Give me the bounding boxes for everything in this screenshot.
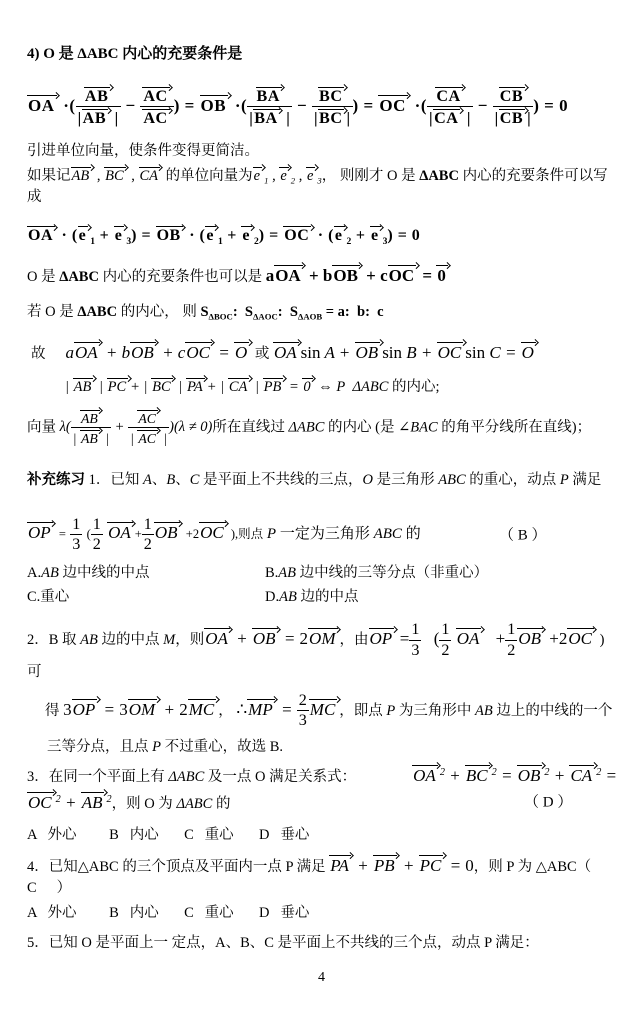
exercise1-option-d: D.AB 边的中点 [265, 586, 358, 608]
exercise1-options: A.AB 边中线的中点 B.AB 边中线的三等分点（非重心） C.重心 D.AB… [27, 562, 617, 608]
exercise5-line: 5．已知 O 是平面上一 定点，A、B、C 是平面上不共线的三个点，动点 P 满… [27, 931, 617, 952]
define-unit-vectors-line: 如果记AB , BC , CA 的单位向量为e1 , e2 , e3， 则刚才 … [27, 164, 617, 206]
exercise3-options: A 外心 B 内心 C 重心 D 垂心 [27, 825, 617, 845]
exercise3-line1: 3．在同一个平面上有 ΔABC 及一点 O 满足关系式：OA2 + BC2 = … [27, 763, 617, 786]
exercise2-line1: 2．B 取 AB 边的中点 M，则OA + OB = 2OM，由OP =13 (… [27, 620, 617, 681]
document-page: 4) O 是 ΔABC 内心的充要条件是 OA ·(AB|AB | − ACAC… [0, 0, 643, 952]
unit-vector-note: 引进单位向量，使条件变得更简洁。 [27, 139, 617, 160]
exercise4-line: 4．已知△ABC 的三个顶点及平面内一点 P 满足 PA + PB + PC =… [27, 853, 617, 897]
incenter-main-formula: OA ·(AB|AB | − ACAC) = OB ·(BA|BA | − BC… [27, 85, 617, 129]
unit-vector-formula: OA · (e1 + e3) = OB · (e1 + e2) = OC · (… [27, 224, 617, 247]
exercise1-answer: （ B ） [499, 524, 547, 545]
alt-condition-line: O 是 ΔABC 内心的充要条件也可以是 aOA + bOB + cOC = 0 [27, 263, 617, 286]
exercise3-formula-continuation: OC2 + AB2，则 O 为 ΔABC 的 [27, 796, 230, 812]
absolute-value-formula-line: | AB | PC+ | BC | PA+ | CA | PB = 0 ⇔ P … [27, 375, 617, 396]
exercise3-line2: OC2 + AB2，则 O 为 ΔABC 的 （ D ） [27, 790, 617, 813]
page-number: 4 [0, 970, 643, 986]
exercise1-option-b: B.AB 边中线的三等分点（非重心） [265, 562, 488, 584]
area-ratio-line: 若 O 是 ΔABC 的内心， 则 SΔBOC: SΔAOC: SΔAOB = … [27, 300, 617, 321]
exercise1-option-c: C.重心 [27, 586, 265, 608]
exercise1-options-row-1: A.AB 边中线的中点 B.AB 边中线的三等分点（非重心） [27, 562, 617, 584]
exercise2-line2: 得 3OP = 3OM + 2MC， ∴MP = 23MC，即点 P 为三角形中… [27, 691, 617, 731]
hence-formula-line: 故aOA + bOB + cOC = O 或 OAsin A + OBsin B… [27, 340, 617, 363]
exercise4-options: A 外心 B 内心 C 重心 D 垂心 [27, 903, 617, 923]
exercise1-option-a: A.AB 边中线的中点 [27, 562, 265, 584]
exercise1-formula: OP = 13 (12 OA+12OB +2OC ),则点 P 一定为三角形 A… [27, 526, 421, 542]
lambda-line: 向量 λ(AB| AB | + AC| AC |)(λ ≠ 0)所在直线过 ΔA… [27, 408, 617, 448]
exercise1-formula-line: OP = 13 (12 OA+12OB +2OC ),则点 P 一定为三角形 A… [27, 515, 617, 555]
exercise3-answer: （ D ） [524, 791, 572, 812]
section-heading: 4) O 是 ΔABC 内心的充要条件是 [27, 42, 617, 63]
exercise2-line3: 三等分点，且点 P 不过重心，故选 B. [27, 737, 617, 757]
exercise1-options-row-2: C.重心 D.AB 边的中点 [27, 586, 617, 608]
exercise1-intro: 补充练习 1．已知 A、B、C 是平面上不共线的三点，O 是三角形 ABC 的重… [27, 468, 617, 489]
